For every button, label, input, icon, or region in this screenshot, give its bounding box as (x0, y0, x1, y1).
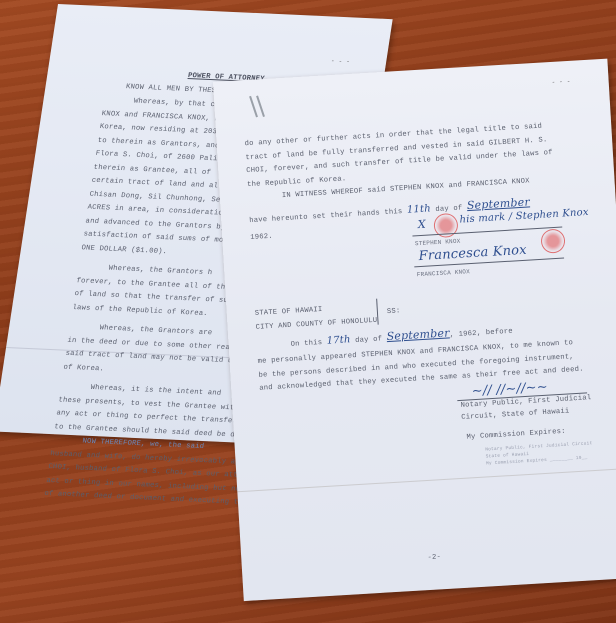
notary-stamp: Notary Public, First Judicial CircuitSta… (485, 440, 593, 467)
signature-mark: X (417, 218, 426, 232)
red-seal (540, 228, 565, 253)
hands-mid: day of (435, 204, 463, 214)
hands-prefix: have hereunto set their hands this (249, 208, 403, 225)
page-mark: - - - (551, 75, 571, 90)
staple-mark (256, 95, 265, 117)
venue-ss: SS: (387, 305, 401, 319)
front-page: - - - do any other or further acts in or… (213, 59, 616, 602)
ack-month: September (386, 326, 450, 343)
venue-bracket (376, 299, 379, 325)
page-mark: - - - (330, 54, 351, 68)
year-line: 1962. (250, 231, 273, 246)
fold-line (237, 468, 616, 492)
ack-prefix: On this (290, 339, 322, 349)
ack-after-month: , 1962, before (449, 328, 513, 340)
page-number: -2- (427, 551, 441, 565)
ack-day: 17th (326, 334, 351, 346)
typed-name: FRANCISCA KNOX (416, 265, 470, 282)
hands-day: 11th (407, 203, 432, 215)
ack-mid: day of (355, 335, 383, 345)
